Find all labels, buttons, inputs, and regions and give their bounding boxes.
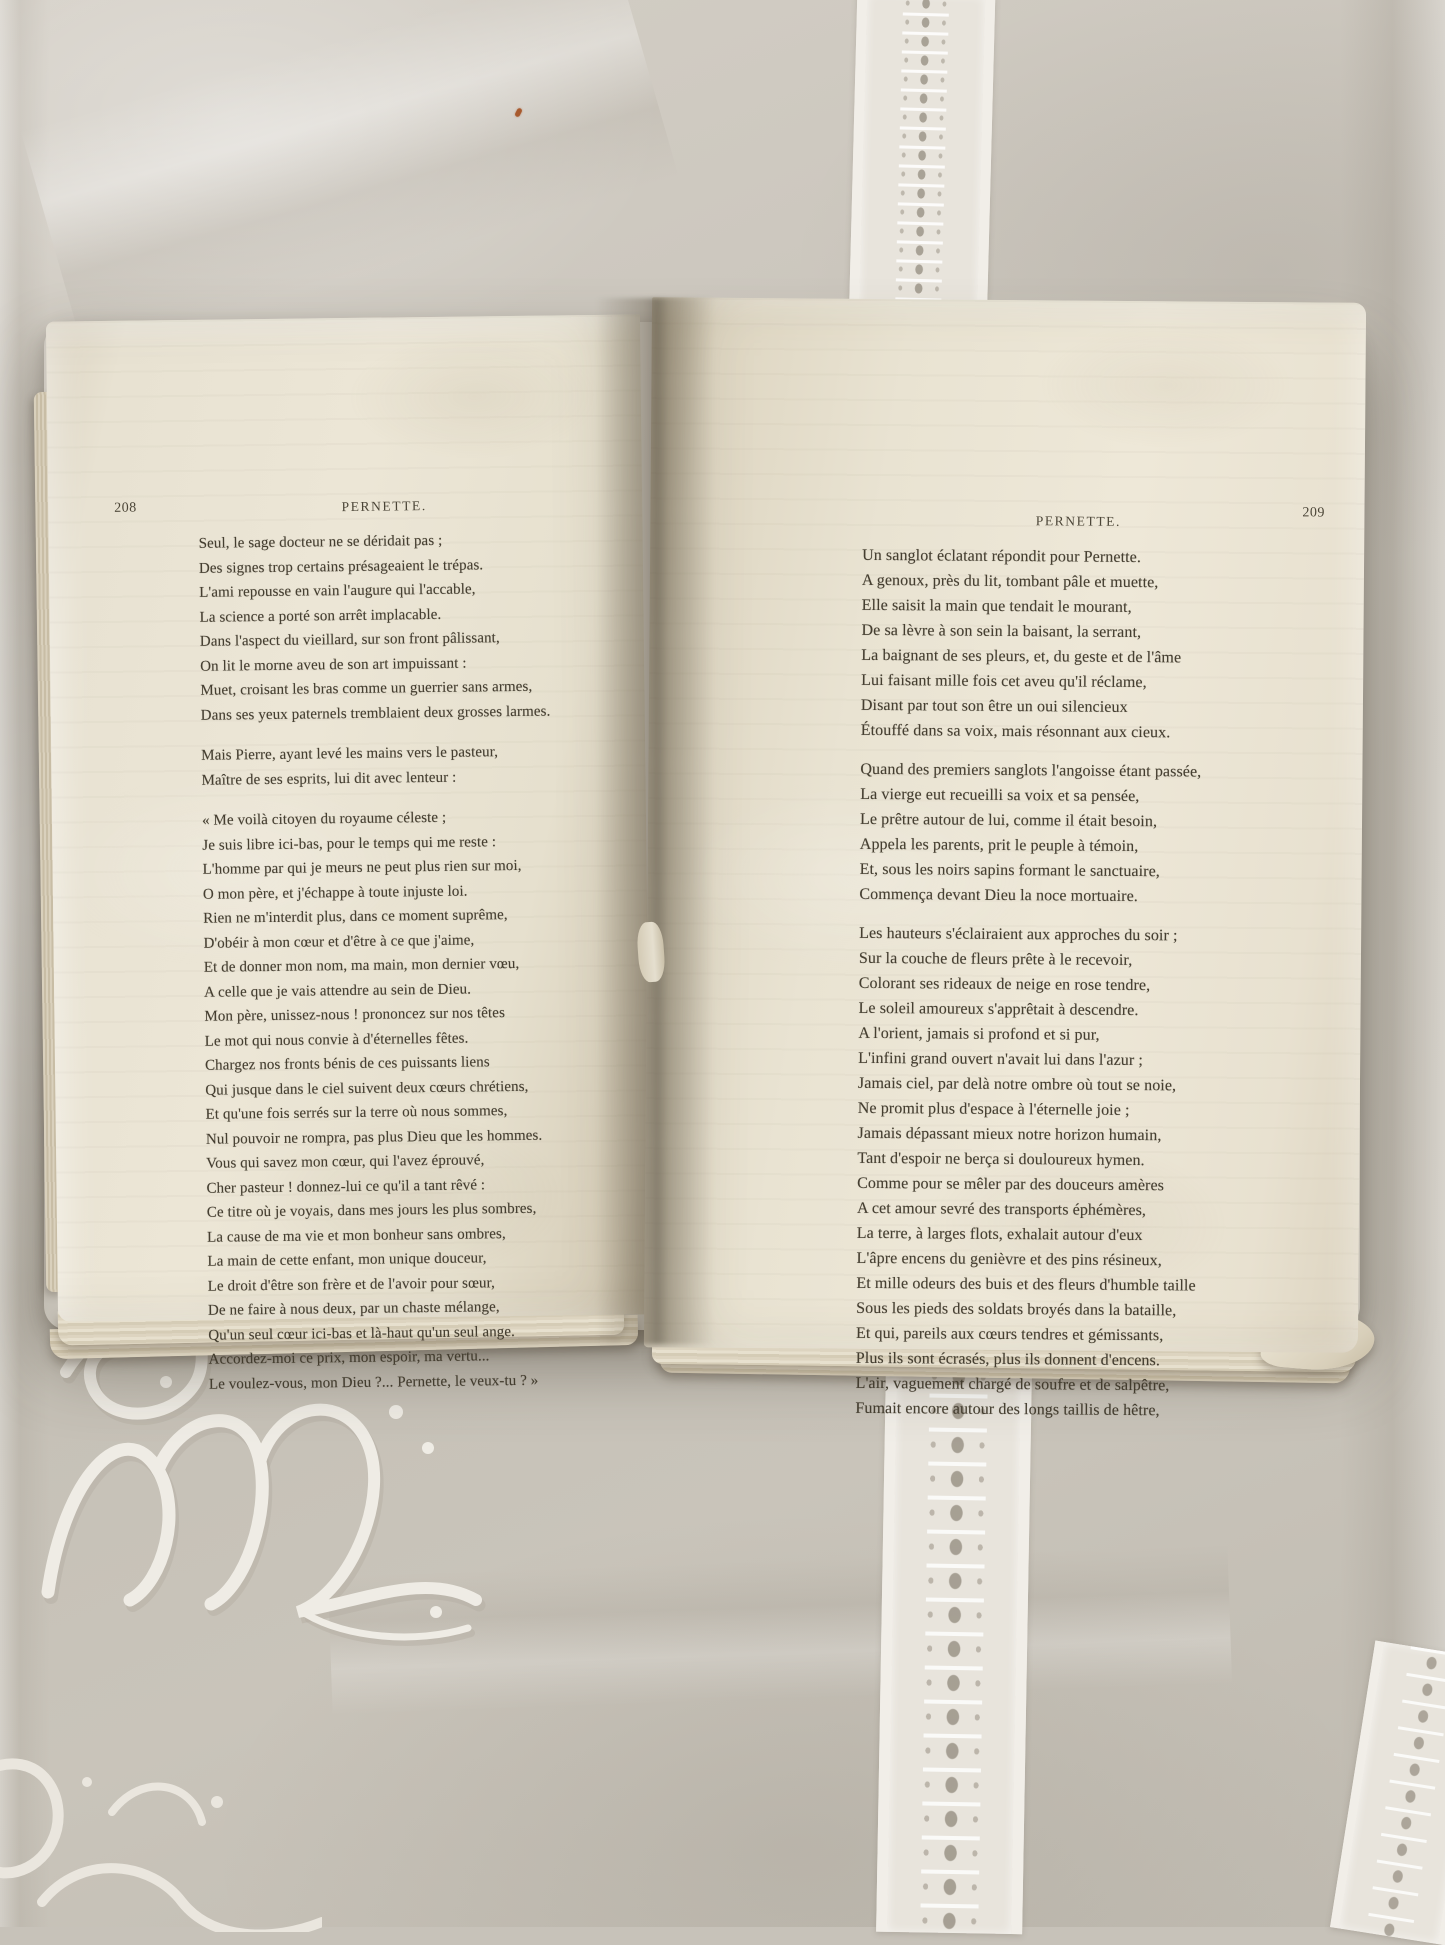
poem-line: Un sanglot éclatant répondit pour Pernet… (862, 543, 1312, 572)
stanza: Seul, le sage docteur ne se déridait pas… (198, 527, 600, 728)
poem-line: Colorant ses rideaux de neige en rose te… (859, 971, 1309, 1000)
poem-line: Fumait encore autour des longs taillis d… (855, 1396, 1305, 1425)
poem-line: La terre, à larges flots, exhalait autou… (857, 1221, 1307, 1250)
running-title-left: PERNETTE. (198, 496, 570, 517)
poem-line: L'infini grand ouvert n'avait lui dans l… (858, 1046, 1308, 1075)
poem-line: A cet amour sevré des transports éphémèr… (857, 1196, 1307, 1225)
poem-line: Disant par tout son être un oui silencie… (861, 693, 1311, 722)
poem-line: L'âpre encens du genièvre et des pins ré… (856, 1246, 1306, 1275)
poem-line: Ne promit plus d'espace à l'éternelle jo… (858, 1096, 1308, 1125)
poem-line: Tant d'espoir ne berça si douloureux hym… (857, 1146, 1307, 1175)
poem-line: Le prêtre autour de lui, comme il était … (860, 807, 1310, 836)
poem-line: Et qui, pareils aux cœurs tendres et gém… (856, 1321, 1306, 1350)
poem-line: Jamais dépassant mieux notre horizon hum… (857, 1121, 1307, 1150)
stanza: Les hauteurs s'éclairaient aux approches… (855, 921, 1309, 1425)
poem-line: L'air, vaguement chargé de soufre et de … (856, 1371, 1306, 1400)
poem-line: Maître de ses esprits, lui dit avec lent… (201, 763, 601, 792)
poem-line: Lui faisant mille fois cet aveu qu'il ré… (861, 668, 1311, 697)
page-number-left: 208 (114, 501, 137, 517)
poem-line: Les hauteurs s'éclairaient aux approches… (859, 921, 1309, 950)
stanza: Un sanglot éclatant répondit pour Pernet… (861, 543, 1313, 747)
book-page-left: 208 PERNETTE. Seul, le sage docteur ne s… (46, 314, 652, 1321)
running-title-right: PERNETTE. (862, 512, 1294, 531)
poem-line: Sur la couche de fleurs prête à le recev… (859, 946, 1309, 975)
poem-line: La baignant de ses pleurs, et, du geste … (861, 643, 1311, 672)
lace-openwork (1366, 1646, 1445, 1927)
lace-band-top-right (849, 0, 996, 328)
stanza: « Me voilà citoyen du royaume céleste ;J… (202, 804, 609, 1397)
poem-line: A l'orient, jamais si profond et si pur, (858, 1021, 1308, 1050)
embroidery-corner-scroll (0, 1652, 322, 1927)
poem-text-left: Seul, le sage docteur ne se déridait pas… (198, 527, 609, 1413)
poem-line: Le soleil amoureux s'apprêtait à descend… (858, 996, 1308, 1025)
poem-line: Le voulez-vous, mon Dieu ?... Pernette, … (209, 1367, 609, 1396)
poem-line: Dans ses yeux paternels tremblaient deux… (201, 698, 601, 727)
poem-line: Quand des premiers sanglots l'angoisse é… (860, 757, 1310, 786)
poem-line: A genoux, près du lit, tombant pâle et m… (862, 568, 1312, 597)
poem-line: Et mille odeurs des buis et des fleurs d… (856, 1271, 1306, 1300)
poem-line: Jamais ciel, par delà notre ombre où tou… (858, 1071, 1308, 1100)
poem-line: La vierge eut recueilli sa voix et sa pe… (860, 782, 1310, 811)
poem-line: Commença devant Dieu la noce mortuaire. (859, 882, 1309, 911)
poem-line: Et, sous les noirs sapins formant le san… (860, 857, 1310, 886)
poem-line: Appela les parents, prit le peuple à tém… (860, 832, 1310, 861)
poem-line: Elle saisit la main que tendait le moura… (862, 593, 1312, 622)
stanza: Quand des premiers sanglots l'angoisse é… (859, 757, 1310, 911)
poem-line: Plus ils sont écrasés, plus ils donnent … (856, 1346, 1306, 1375)
poem-text-right: Un sanglot éclatant répondit pour Pernet… (855, 543, 1312, 1439)
poem-line: Sous les pieds des soldats broyés dans l… (856, 1296, 1306, 1325)
poem-line: De sa lèvre à son sein la baisant, la se… (861, 618, 1311, 647)
poem-line: Étouffé dans sa voix, mais résonnant aux… (861, 718, 1311, 747)
lace-openwork (895, 0, 950, 327)
page-number-right: 209 (1302, 505, 1325, 521)
book-page-right: 209 PERNETTE. Un sanglot éclatant répond… (644, 297, 1366, 1353)
photo-open-poetry-book: 208 PERNETTE. Seul, le sage docteur ne s… (0, 0, 1445, 1927)
poem-line: Comme pour se mêler par des douceurs amè… (857, 1171, 1307, 1200)
stanza: Mais Pierre, ayant levé les mains vers l… (201, 739, 602, 793)
